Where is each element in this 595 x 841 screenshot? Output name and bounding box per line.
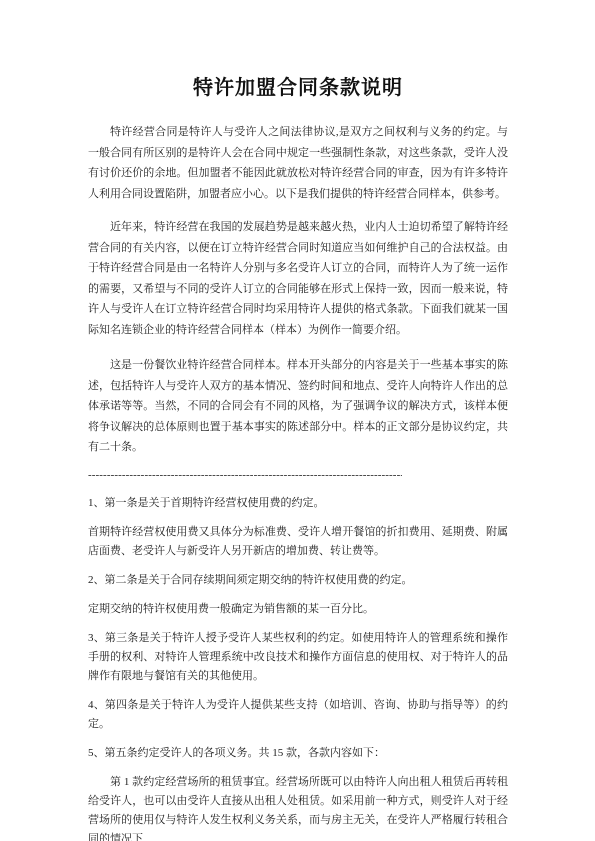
clause-5-item-1-detail: 第 1 款约定经营场所的租赁事宜。经营场所既可以由特许人向出租人租赁后再转租给受… (88, 773, 508, 841)
document-title: 特许加盟合同条款说明 (88, 75, 508, 101)
clause-3-heading: 3、第三条是关于特许人授予受许人某些权利的约定。如使用特许人的管理系统和操作手册… (88, 629, 508, 686)
clause-2-heading: 2、第二条是关于合同存续期间须定期交纳的特许权使用费的约定。 (88, 571, 508, 590)
document-page: 特许加盟合同条款说明 特许经营合同是特许人与受许人之间法律协议,是双方之间权利与… (0, 0, 595, 841)
clause-1-detail: 首期特许经营权使用费又具体分为标准费、受许人增开餐馆的折扣费用、延期费、附属店面… (88, 523, 508, 561)
document-content: 特许加盟合同条款说明 特许经营合同是特许人与受许人之间法律协议,是双方之间权利与… (88, 0, 508, 841)
clause-2-detail: 定期交纳的特许权使用费一般确定为销售额的某一百分比。 (88, 600, 508, 619)
clause-5-heading: 5、第五条约定受许人的各项义务。共 15 款，各款内容如下： (88, 744, 508, 763)
intro-paragraph-2: 近年来，特许经营在我国的发展趋势是越来越火热，业内人士迫切希望了解特许经营合同的… (88, 217, 508, 340)
intro-paragraph-1: 特许经营合同是特许人与受许人之间法律协议,是双方之间权利与义务的约定。与一般合同… (88, 122, 508, 204)
dashed-divider: ----------------------------------------… (88, 466, 402, 485)
intro-paragraph-3: 这是一份餐饮业特许经营合同样本。样本开头部分的内容是关于一些基本事实的陈述，包括… (88, 355, 508, 458)
clause-4-heading: 4、第四条是关于特许人为受许人提供某些支持（如培训、咨询、协助与指导等）的约定。 (88, 696, 508, 734)
clause-1-heading: 1、第一条是关于首期特许经营权使用费的约定。 (88, 494, 508, 513)
